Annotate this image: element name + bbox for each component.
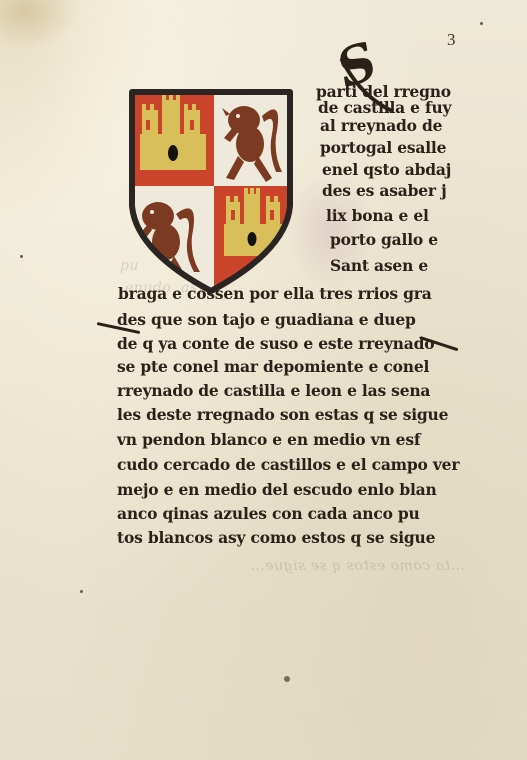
text-line: des es asaber j (322, 181, 447, 200)
folio-number: 3 (447, 30, 456, 50)
ink-speck (480, 22, 483, 25)
ink-speck (80, 590, 83, 593)
text-line: les deste rregnado son estas q se sigue (117, 405, 448, 424)
text-line: se pte conel mar depomiente e conel (117, 357, 429, 376)
text-line: de castilla e fuy (318, 98, 451, 117)
text-line: portogal esalle (320, 138, 446, 157)
text-line: cudo cercado de castillos e el campo ver (117, 455, 459, 474)
manuscript-page: 3 pu on enudo asy ...ta como estos q se … (0, 0, 527, 760)
text-line: rreynado de castilla e leon e las sena (117, 381, 430, 400)
text-line: mejo e en medio del escudo enlo blan (117, 480, 437, 499)
text-line: vn pendon blanco e en medio vn esf (117, 430, 420, 449)
text-line: braga e cossen por ella tres rrios gra (118, 284, 432, 303)
ink-speck (284, 676, 290, 682)
text-line: des que son tajo e guadiana e duep (117, 310, 416, 329)
text-line: porto gallo e (330, 230, 438, 249)
text-line: al rreynado de (320, 116, 442, 135)
paper-stain (0, 0, 80, 50)
coat-of-arms-shield (126, 86, 296, 296)
text-line: lix bona e el (326, 206, 429, 225)
ink-speck (20, 255, 23, 258)
text-line: de q ya conte de suso e este rreynado (117, 334, 434, 353)
text-line: tos blancos asy como estos q se sigue (117, 528, 435, 547)
bleedthrough-text: ...ta como estos q se sigue... (250, 558, 465, 574)
text-line: Sant asen e (330, 256, 428, 275)
text-line: enel qsto abdaj (322, 160, 451, 179)
text-line: anco qinas azules con cada anco pu (117, 504, 420, 523)
